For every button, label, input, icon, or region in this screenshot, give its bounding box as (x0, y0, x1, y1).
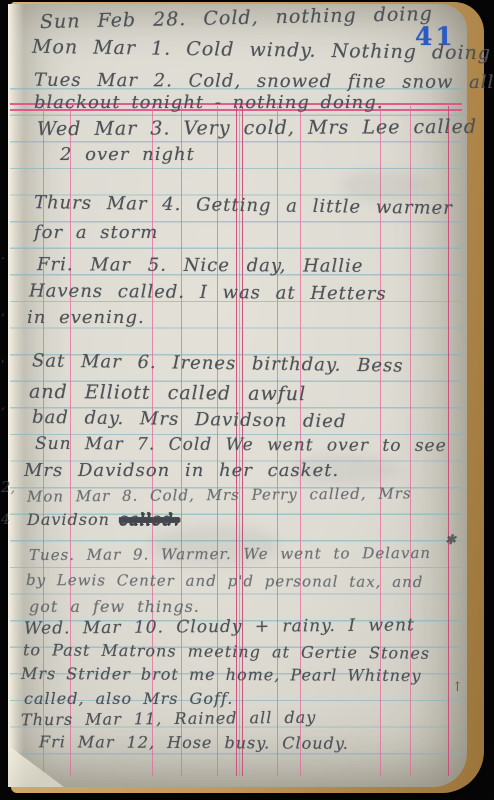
diary-line: by Lewis Center and p'd personal tax, an… (26, 573, 424, 590)
insertion-caret-mark: ↑ (452, 680, 463, 695)
diary-line: Wed. Mar 10. Cloudy + rainy. I went (24, 617, 415, 637)
diary-line: Sat Mar 6. Irenes birthday. Bess (32, 352, 404, 375)
diary-line: got a few things. (29, 599, 200, 615)
diary-line-text: Davidson (27, 510, 110, 529)
margin-mark: ' (1, 358, 5, 373)
diary-line: Mrs Davidson in her casket. (24, 462, 339, 480)
diary-line: Havens called. I was at Hetters (29, 282, 387, 303)
diary-line: Thurs Mar 11, Rained all day (21, 710, 316, 729)
margin-mark: 2, (1, 478, 15, 496)
margin-mark: , (1, 304, 5, 319)
diary-line: to Past Matrons meeting at Gertie Stones (23, 642, 430, 662)
diary-line: Mrs Strider brot me home, Pearl Whitney (21, 666, 422, 684)
diary-line: in evening. (27, 309, 145, 327)
notebook-photo: 41 Sun Feb 28. Cold, nothing doing Mon M… (0, 0, 494, 800)
diary-line: Davidsoncalled. (27, 512, 179, 528)
diary-line: Wed Mar 3. Very cold, Mrs Lee called (37, 118, 477, 139)
diary-line: bad day. Mrs Davidson died (32, 409, 347, 431)
diary-line: Mon Mar 8. Cold, Mrs Perry called, Mrs (27, 486, 412, 504)
diary-line: for a storm (34, 224, 158, 242)
diary-line: Fri. Mar 5. Nice day, Hallie (37, 256, 364, 276)
margin-mark: , (1, 398, 5, 413)
margin-mark: 4 (1, 512, 10, 528)
insertion-asterisk: ✱ (445, 533, 456, 548)
diary-line: blackout tonight - nothing doing. (34, 94, 383, 112)
margin-mark: . (1, 248, 5, 263)
diary-line: called, also Mrs Goff. (24, 691, 233, 707)
diary-line: Tues Mar 2. Cold, snowed fine snow all d… (34, 72, 494, 93)
diary-line: 2 over night (60, 146, 195, 164)
diary-line: Sun Mar 7. Cold We went over to see (35, 436, 447, 455)
diary-line: Tues. Mar 9. Warmer. We went to Delavan (29, 546, 431, 563)
diary-line: Fri Mar 12, Hose busy. Cloudy. (39, 734, 349, 752)
diary-line: and Elliott called awful (29, 383, 306, 404)
scribble-strikethrough: called. (119, 510, 180, 529)
